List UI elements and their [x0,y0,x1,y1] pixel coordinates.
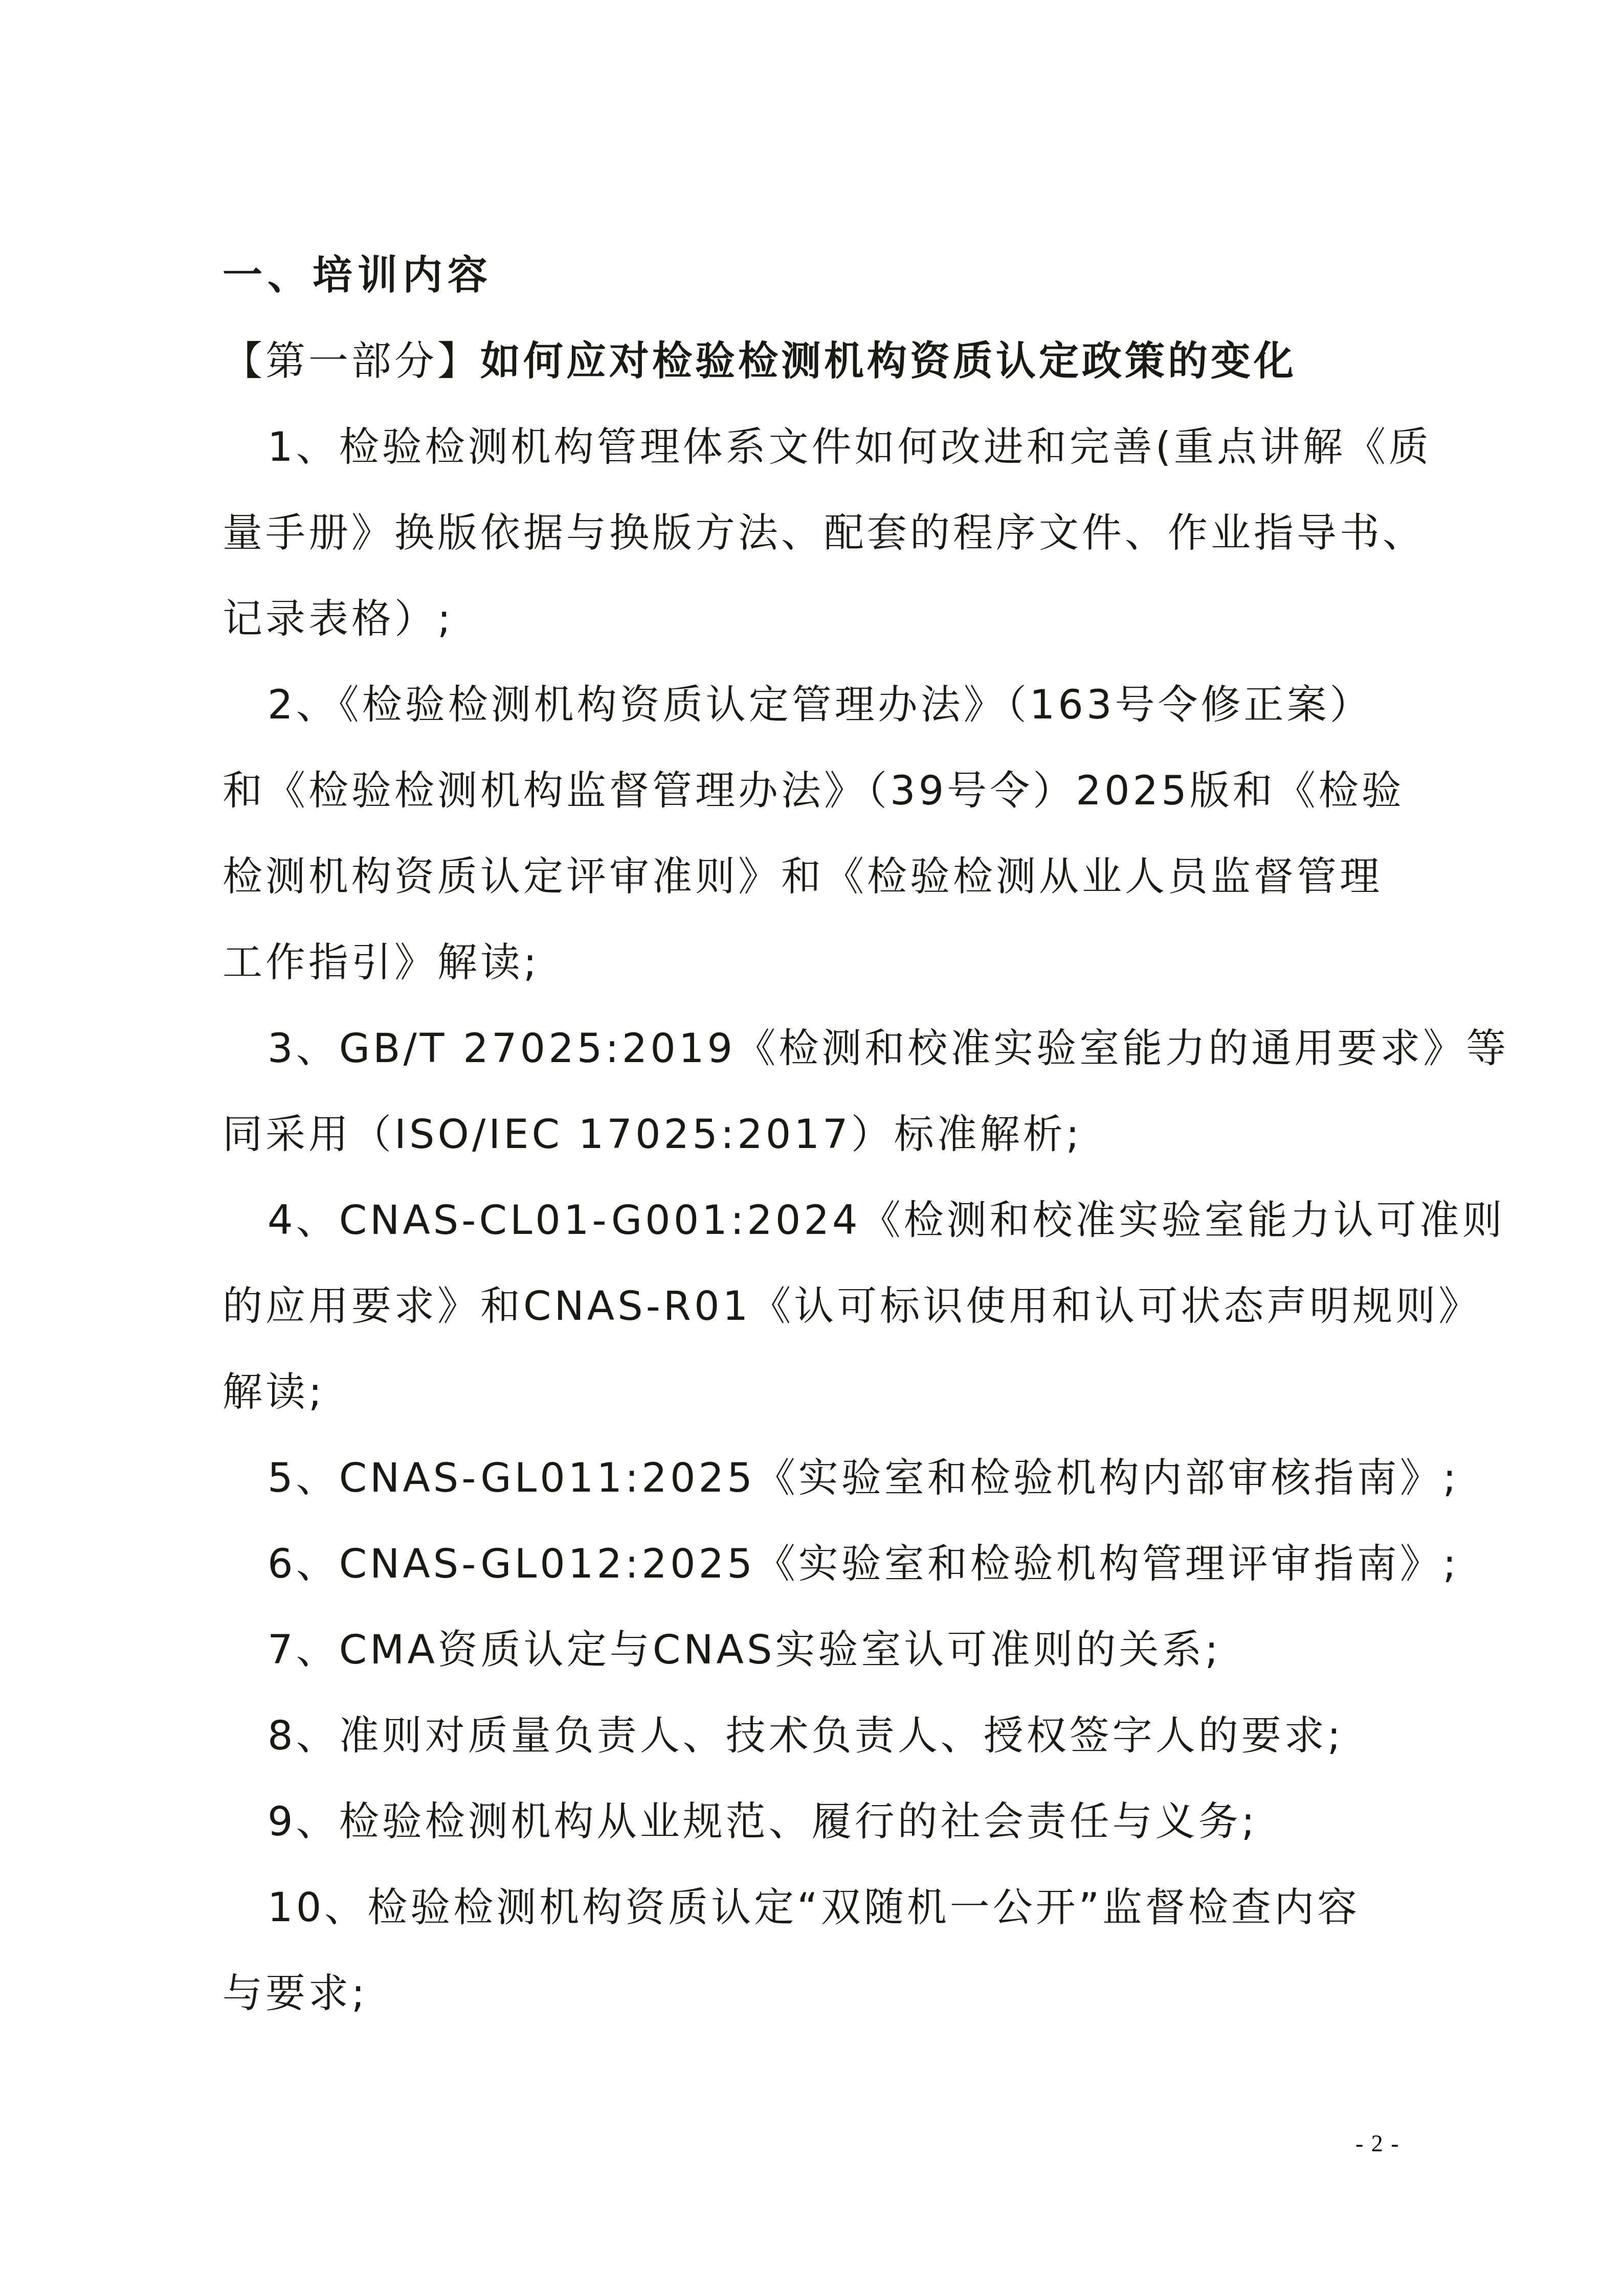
part-title: 如何应对检验检测机构资质认定政策的变化 [480,338,1297,385]
item-4-line-3: 解读; [223,1349,325,1435]
item-4-line-2: 的应用要求》和CNAS-R01《认可标识使用和认可状态声明规则》 [223,1264,1481,1349]
item-2-line-3: 检测机构资质认定评审准则》和《检验检测从业人员监督管理 [223,834,1383,920]
item-1-line-3: 记录表格）; [223,576,454,662]
item-3-line-2: 同采用（ISO/IEC 17025:2017）标准解析; [223,1092,1082,1178]
document-page: 一、培训内容 【第一部分】如何应对检验检测机构资质认定政策的变化 1、检验检测机… [0,0,1624,2296]
item-5-line-1: 5、CNAS-GL011:2025《实验室和检验机构内部审核指南》; [223,1435,1459,1521]
item-4-line-1: 4、CNAS-CL01-G001:2024《检测和校准实验室能力认可准则 [223,1178,1505,1264]
item-7-line-1: 7、CMA资质认定与CNAS实验室认可准则的关系; [223,1607,1221,1693]
part-label: 【第一部分】 [223,339,480,385]
item-6-line-1: 6、CNAS-GL012:2025《实验室和检验机构管理评审指南》; [223,1521,1459,1607]
item-1-line-2: 量手册》换版依据与换版方法、配套的程序文件、作业指导书、 [223,490,1426,576]
part-heading: 【第一部分】如何应对检验检测机构资质认定政策的变化 [223,319,1297,404]
section-heading: 一、培训内容 [223,233,493,319]
item-2-line-1: 2、《检验检测机构资质认定管理办法》（163号令修正案） [223,662,1373,748]
item-1-line-1: 1、检验检测机构管理体系文件如何改进和完善(重点讲解《质 [223,404,1432,490]
item-9-line-1: 9、检验检测机构从业规范、履行的社会责任与义务; [223,1779,1258,1865]
page-number: - 2 - [1355,2130,1400,2157]
item-10-line-2: 与要求; [223,1951,368,2037]
item-10-line-1: 10、检验检测机构资质认定“双随机一公开”监督检查内容 [223,1865,1360,1951]
item-3-line-1: 3、GB/T 27025:2019《检测和校准实验室能力的通用要求》等 [223,1006,1509,1092]
item-2-line-4: 工作指引》解读; [223,920,540,1006]
item-8-line-1: 8、准则对质量负责人、技术负责人、授权签字人的要求; [223,1693,1344,1779]
item-2-line-2: 和《检验检测机构监督管理办法》（39号令）2025版和《检验 [223,748,1405,834]
